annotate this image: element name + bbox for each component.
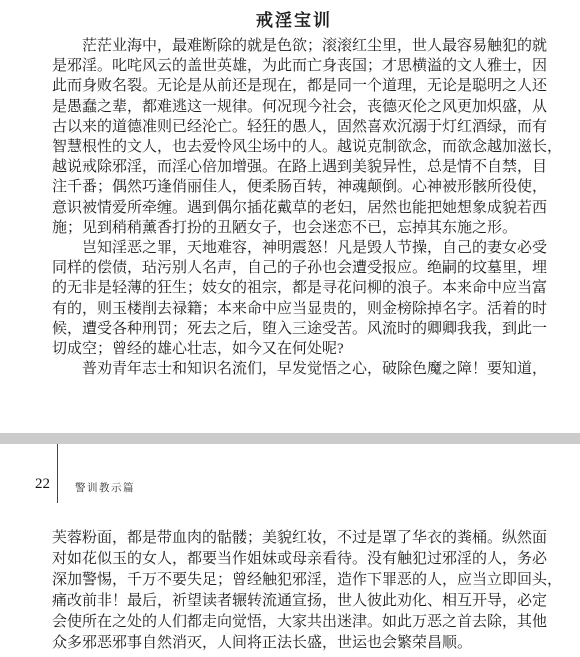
text-line: 此而身败名裂。无论是从前还是现在，都是同一个道理，无论是聪明之人还 [52, 76, 536, 96]
page-top-content: 戒淫宝训 茫茫业海中，最难断除的就是色欲；滚滚红尘里，世人最容易触犯的就 是邪淫… [52, 0, 536, 379]
document-viewer: { "page_top": { "title": "戒淫宝训", "paragr… [0, 0, 580, 657]
text-line: 深加警惕，千万不要失足；曾经触犯邪淫，造作下罪恶的人，应当立即回头， [52, 570, 536, 591]
text-line: 岂知淫恶之罪，天地难容，神明震怒！凡是毁人节操，自己的妻女必受 [52, 238, 536, 258]
text-line: 施；见到稍稍薰香打扮的丑陋女子，也会迷恋不已，忘掉其东施之形。 [52, 218, 536, 238]
text-line: 越说戒除邪淫，而淫心倍加增强。在路上遇到美貌异性，总是情不自禁，目 [52, 157, 536, 177]
text-line: 对如花似玉的女人，都要当作姐妹或母亲看待。没有触犯过邪淫的人，务必 [52, 549, 536, 570]
text-line: 是愚蠢之辈，都难逃这一规律。何况现今社会，丧德灭伦之风更加炽盛，从 [52, 97, 536, 117]
running-header-title: 警训教示篇 [75, 480, 135, 495]
page-bottom-content: 芙蓉粉面，都是带血肉的骷髅；美貌红妆，不过是罩了华衣的粪桶。纵然面 对如花似玉的… [52, 528, 536, 654]
text-line: 注千番；偶然巧逢俏丽佳人，便柔肠百转，神魂颠倒。心神被形骸所役使， [52, 177, 536, 197]
text-line: 痛改前非！最后，祈望读者辗转流通宣扬，世人彼此劝化、相互开导，必定 [52, 591, 536, 612]
text-line: 茫茫业海中，最难断除的就是色欲；滚滚红尘里，世人最容易触犯的就 [52, 36, 536, 56]
page-number: 22 [16, 476, 50, 493]
page-separator [0, 433, 580, 444]
text-line: 古以来的道德准则已经沦亡。轻狂的愚人，固然喜欢沉溺于灯红酒绿，而有 [52, 117, 536, 137]
header-divider-rule [57, 444, 58, 503]
text-line: 切成空；曾经的雄心壮志，如今又在何处呢? [52, 339, 536, 359]
text-line: 有的，则玉楼削去禄籍；本来命中应当显贵的，则金榜除掉名字。活着的时 [52, 299, 536, 319]
text-line: 智慧根性的文人，也去爱怜风尘场中的人。越说克制欲念，而欲念越加滋长， [52, 137, 536, 157]
text-line: 意识被情爱所牵缠。遇到偶尔插花戴草的老妇，居然也能把她想象成貌若西 [52, 198, 536, 218]
text-line: 候，遭受各种刑罚；死去之后，堕入三途受苦。风流时的卿卿我我，到此一 [52, 319, 536, 339]
text-line: 芙蓉粉面，都是带血肉的骷髅；美貌红妆，不过是罩了华衣的粪桶。纵然面 [52, 528, 536, 549]
text-line: 众多邪恶邪事自然消灭，人间将正法长盛，世运也会繁荣昌顺。 [52, 633, 536, 654]
text-line: 同样的偿债，玷污别人名声，自己的子孙也会遭受报应。绝嗣的坟墓里，埋 [52, 258, 536, 278]
text-line: 的无非是轻薄的狂生；妓女的祖宗，都是寻花问柳的浪子。本来命中应当富 [52, 278, 536, 298]
text-line: 是邪淫。叱咤风云的盖世英雄，为此而亡身丧国；才思横溢的文人雅士，因 [52, 56, 536, 76]
text-line: 普劝青年志士和知识名流们，早发觉悟之心，破除色魔之障！要知道， [52, 359, 536, 379]
text-line: 会使所在之处的人们都走向觉悟，大家共出迷津。如此万恶之首去除，其他 [52, 612, 536, 633]
document-title: 戒淫宝训 [52, 9, 536, 33]
